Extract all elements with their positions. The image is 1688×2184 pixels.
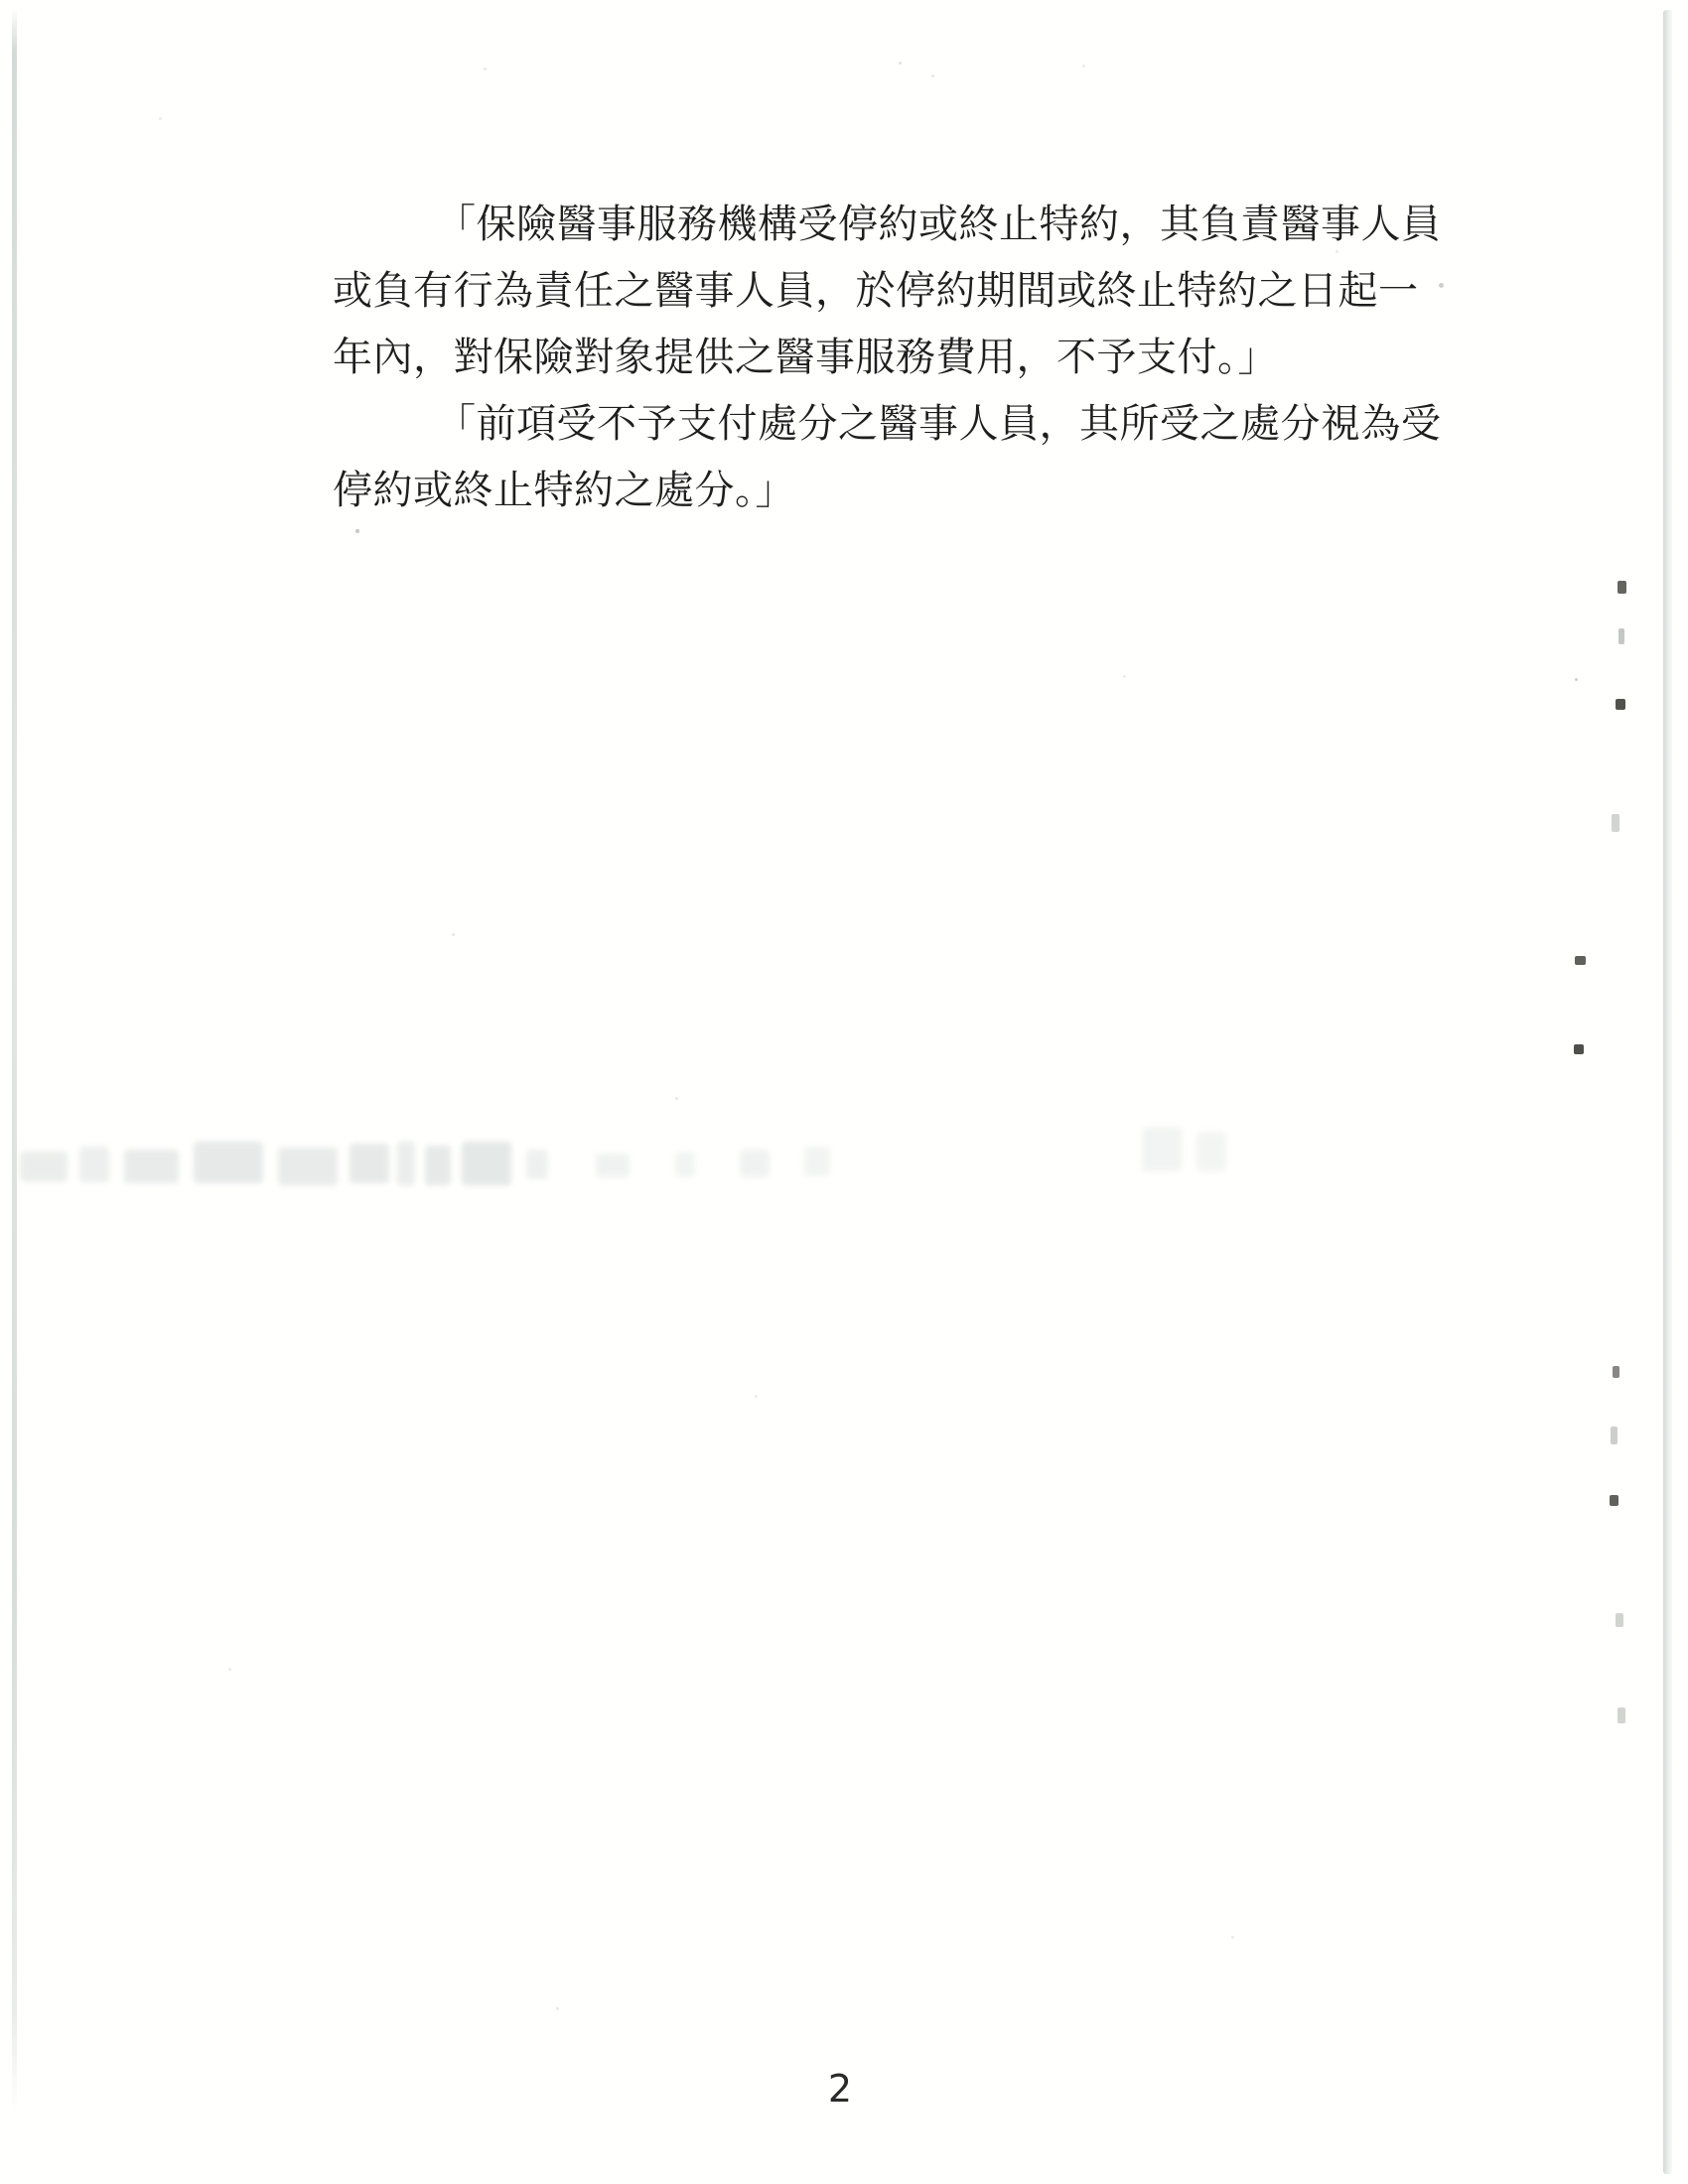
scanner-edge-line-right <box>1663 10 1672 2174</box>
noise-dot <box>452 933 455 936</box>
noise-dot <box>675 1097 678 1100</box>
bleed-through-blob <box>397 1142 415 1185</box>
noise-dot <box>1082 65 1085 68</box>
noise-dot <box>1336 250 1338 253</box>
noise-dot <box>1123 675 1126 678</box>
bleed-through-blob <box>194 1142 263 1183</box>
ink-speck <box>1618 581 1626 594</box>
bleed-through-blob <box>740 1150 770 1177</box>
bleed-through-blob <box>1142 1127 1182 1171</box>
page: 「保險醫事服務機構受停約或終止特約，其負責醫事人員 或負有行為責任之醫事人員，於… <box>0 0 1688 2184</box>
noise-dot <box>1575 678 1578 681</box>
document-text: 「保險醫事服務機構受停約或終止特約，其負責醫事人員 或負有行為責任之醫事人員，於… <box>333 192 1475 524</box>
text-line: 「前項受不予支付處分之醫事人員，其所受之處分視為受 <box>333 391 1475 458</box>
noise-dot <box>755 1395 758 1398</box>
ink-speck <box>1618 628 1624 644</box>
bleed-through-blob <box>278 1148 338 1185</box>
ink-speck <box>1610 1495 1618 1506</box>
bleed-through-blob <box>20 1152 68 1181</box>
noise-dot <box>1439 283 1444 288</box>
page-number: 2 <box>790 2067 890 2111</box>
bleed-through-blob <box>526 1150 548 1179</box>
noise-dot <box>931 74 934 77</box>
bleed-through-blob <box>596 1154 630 1177</box>
ink-speck <box>1613 1366 1619 1378</box>
ink-speck <box>1618 1707 1625 1723</box>
ink-speck <box>1616 699 1625 710</box>
bleed-through-blob <box>804 1147 830 1176</box>
ink-speck <box>1611 1427 1618 1444</box>
bleed-through-blob <box>425 1146 451 1185</box>
ink-speck <box>1612 814 1619 832</box>
noise-dot <box>556 2007 559 2010</box>
ink-speck <box>1575 956 1586 965</box>
bleed-through-blob <box>124 1150 179 1183</box>
noise-dot <box>355 529 359 533</box>
paragraph-2: 「前項受不予支付處分之醫事人員，其所受之處分視為受 停約或終止特約之處分。」 <box>333 391 1475 524</box>
bleed-through-blob <box>462 1142 511 1185</box>
ink-speck <box>1616 1613 1623 1627</box>
bleed-through-blob <box>1196 1132 1226 1171</box>
bleed-through-blob <box>350 1144 389 1183</box>
noise-dot <box>899 62 902 65</box>
noise-dot <box>1231 1936 1234 1939</box>
bleed-through-blob <box>79 1147 109 1182</box>
noise-dot <box>159 117 162 120</box>
text-line: 或負有行為責任之醫事人員，於停約期間或終止特約之日起一 <box>333 258 1475 325</box>
text-line: 「保險醫事服務機構受停約或終止特約，其負責醫事人員 <box>333 192 1475 258</box>
paragraph-1: 「保險醫事服務機構受停約或終止特約，其負責醫事人員 或負有行為責任之醫事人員，於… <box>333 192 1475 391</box>
text-line: 年內，對保險對象提供之醫事服務費用，不予支付。」 <box>333 325 1475 391</box>
scanner-edge-line-left <box>12 8 17 2113</box>
noise-dot <box>228 1668 231 1671</box>
bleed-through-blob <box>675 1152 695 1177</box>
text-line: 停約或終止特約之處分。」 <box>333 458 1475 524</box>
noise-dot <box>484 68 487 70</box>
ink-speck <box>1574 1044 1584 1054</box>
